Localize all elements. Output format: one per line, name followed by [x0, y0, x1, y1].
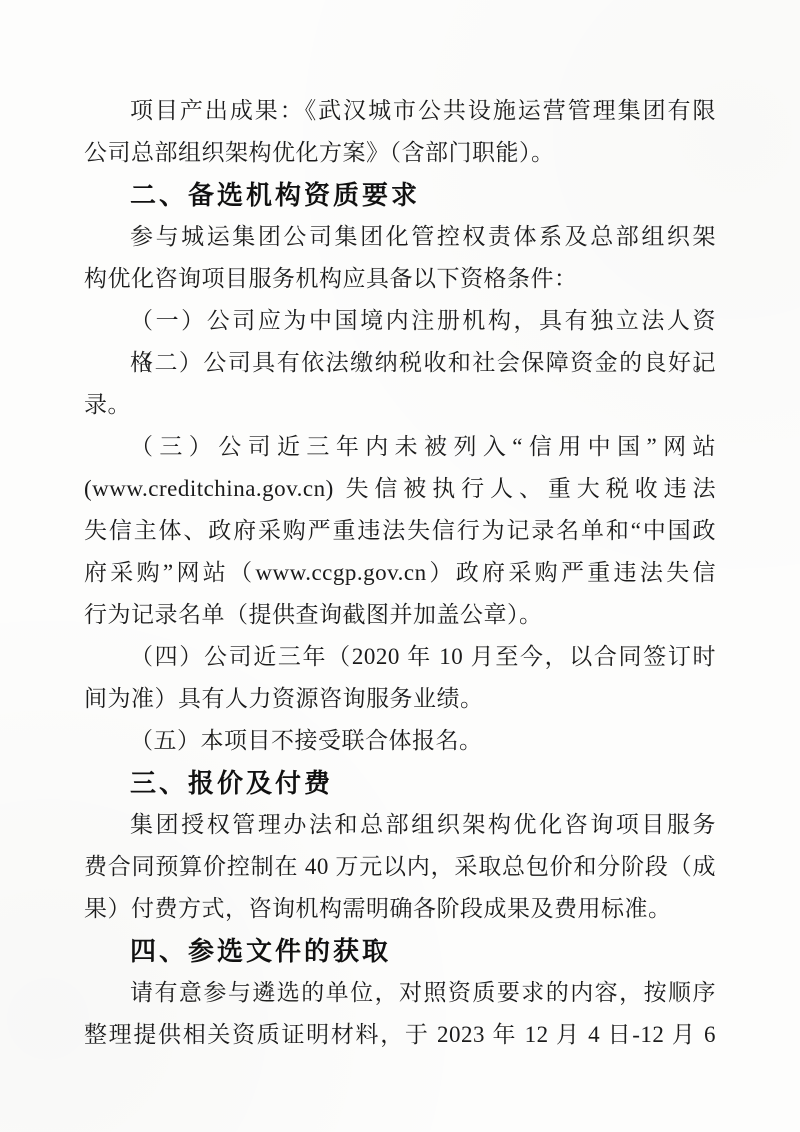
- section-heading: 三、报价及付费: [84, 762, 716, 804]
- document-page: 项目产出成果：《武汉城市公共设施运营管理集团有限 公司总部组织架构优化方案》（含…: [0, 0, 800, 1132]
- text-line: 参与城运集团公司集团化管控权责体系及总部组织架: [84, 216, 716, 258]
- text-line: 构优化咨询项目服务机构应具备以下资格条件：: [84, 258, 716, 300]
- text-line: 间为准）具有人力资源咨询服务业绩。: [84, 678, 716, 720]
- text-line: 行为记录名单（提供查询截图并加盖公章）。: [84, 594, 716, 636]
- text-line: （二）公司具有依法缴纳税收和社会保障资金的良好记: [84, 342, 716, 384]
- text-line: 果）付费方式，咨询机构需明确各阶段成果及费用标准。: [84, 888, 716, 930]
- text-line: （三）公司近三年内未被列入“信用中国”网站: [84, 426, 716, 468]
- text-line: 府采购”网站（www.ccgp.gov.cn）政府采购严重违法失信: [84, 552, 716, 594]
- text-line: 集团授权管理办法和总部组织架构优化咨询项目服务: [84, 804, 716, 846]
- text-line: 公司总部组织架构优化方案》（含部门职能）。: [84, 132, 716, 174]
- text-line: 请有意参与遴选的单位，对照资质要求的内容，按顺序: [84, 972, 716, 1014]
- text-line: 失信主体、政府采购严重违法失信行为记录名单和“中国政: [84, 510, 716, 552]
- text-line: 项目产出成果：《武汉城市公共设施运营管理集团有限: [84, 90, 716, 132]
- text-line: 整理提供相关资质证明材料，于 2023 年 12 月 4 日-12 月 6: [84, 1014, 716, 1056]
- text-line: 费合同预算价控制在 40 万元以内，采取总包价和分阶段（成: [84, 846, 716, 888]
- section-heading: 四、参选文件的获取: [84, 930, 716, 972]
- text-line: （一）公司应为中国境内注册机构，具有独立法人资格。: [84, 300, 716, 342]
- text-line: 录。: [84, 384, 716, 426]
- text-line: （五）本项目不接受联合体报名。: [84, 720, 716, 762]
- section-heading: 二、备选机构资质要求: [84, 174, 716, 216]
- text-line: （四）公司近三年（2020 年 10 月至今，以合同签订时: [84, 636, 716, 678]
- document-text-block: 项目产出成果：《武汉城市公共设施运营管理集团有限 公司总部组织架构优化方案》（含…: [84, 90, 716, 1056]
- text-line: (www.creditchina.gov.cn) 失信被执行人、重大税收违法: [84, 468, 716, 510]
